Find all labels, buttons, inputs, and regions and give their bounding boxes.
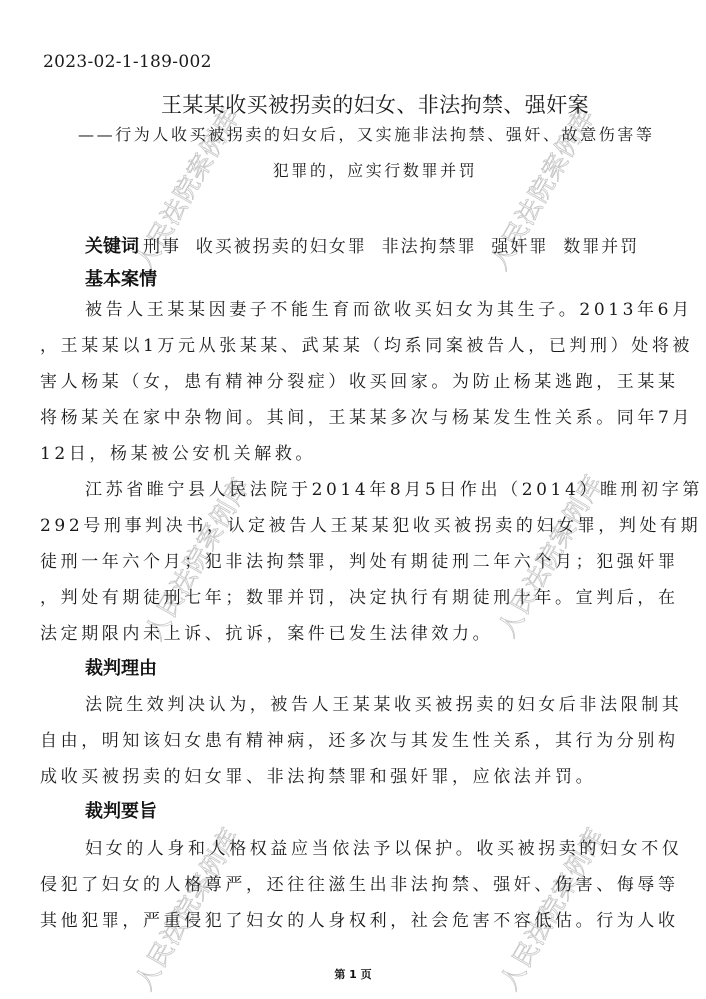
paragraph-line: 妇女的人身和人格权益应当依法予以保护。收买被拐卖的妇女不仅 <box>85 834 682 859</box>
paragraph-line: ，判处有期徒刑七年；数罪并罚，决定执行有期徒刑十年。宣判后，在 <box>40 583 679 608</box>
section-heading: 基本案情 <box>85 265 157 291</box>
paragraph-line: 法定期限内未上诉、抗诉，案件已发生法律效力。 <box>40 619 493 644</box>
paragraph-line: 江苏省睢宁县人民法院于2014年8月5日作出（2014）睢刑初字第 <box>85 475 703 500</box>
paragraph-line: 12日，杨某被公安机关解救。 <box>40 439 316 464</box>
paragraph-line: 自由，明知该妇女患有精神病，还多次与其发生性关系，其行为分别构 <box>40 726 679 751</box>
paragraph-line: 侵犯了妇女的人格尊严，还往往滋生出非法拘禁、强奸、伤害、侮辱等 <box>40 870 679 895</box>
paragraph-line: 被告人王某某因妻子不能生育而欲收买妇女为其生子。2013年6月 <box>85 295 693 320</box>
subtitle-line: 犯罪的，应实行数罪并罚 <box>0 158 706 181</box>
paragraph-line: 徒刑一年六个月；犯非法拘禁罪，判处有期徒刑二年六个月；犯强奸罪 <box>40 547 679 572</box>
keywords-label: 关键词 <box>85 236 139 257</box>
section-heading: 裁判理由 <box>85 654 157 680</box>
document-title: 王某某收买被拐卖的妇女、非法拘禁、强奸案 <box>0 89 706 119</box>
keywords-line: 关键词 刑事 收买被拐卖的妇女罪 非法拘禁罪 强奸罪 数罪并罚 <box>85 232 639 258</box>
document-page: 人民法院案例库 人民法院案例库 人民法院案例库 人民法院案例库 人民法院案例库 … <box>0 0 706 999</box>
paragraph-line: 292号刑事判决书，认定被告人王某某犯收买被拐卖的妇女罪，判处有期 <box>40 511 701 536</box>
case-number: 2023-02-1-189-002 <box>43 52 212 72</box>
paragraph-line: 将杨某关在家中杂物间。其间，王某某多次与杨某发生性关系。同年7月 <box>40 403 693 428</box>
paragraph-line: 害人杨某（女，患有精神分裂症）收买回家。为防止杨某逃跑，王某某 <box>40 367 679 392</box>
paragraph-line: ，王某某以1万元从张某某、武某某（均系同案被告人，已判刑）处将被 <box>40 331 693 356</box>
section-heading: 裁判要旨 <box>85 797 157 823</box>
keywords-terms: 刑事 收买被拐卖的妇女罪 非法拘禁罪 强奸罪 数罪并罚 <box>143 237 639 257</box>
page-number: 第 1 页 <box>0 966 706 982</box>
paragraph-line: 成收买被拐卖的妇女罪、非法拘禁罪和强奸罪，应依法并罚。 <box>40 762 596 787</box>
paragraph-line: 法院生效判决认为，被告人王某某收买被拐卖的妇女后非法限制其 <box>85 690 682 715</box>
paragraph-line: 其他犯罪，严重侵犯了妇女的人身权利，社会危害不容低估。行为人收 <box>40 906 679 931</box>
subtitle-line: ——行为人收买被拐卖的妇女后，又实施非法拘禁、强奸、故意伤害等 <box>78 122 655 145</box>
